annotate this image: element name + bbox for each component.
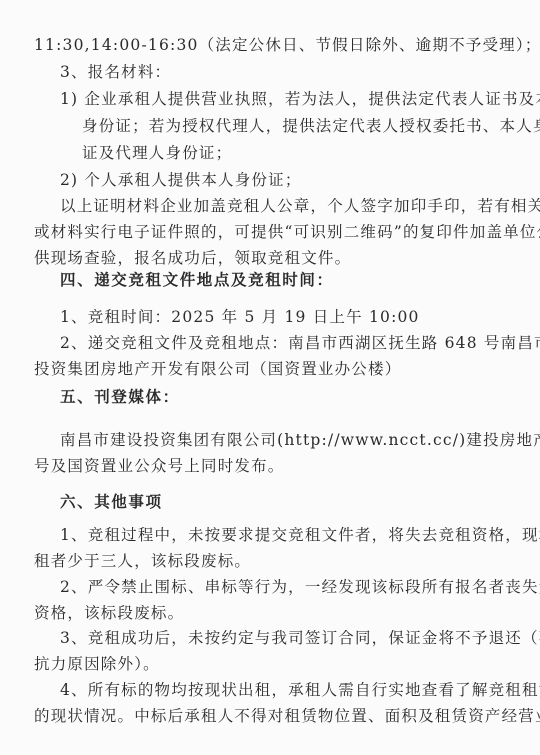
paragraph-line: 租者少于三人，该标段废标。 (34, 551, 506, 571)
list-item-continuation: 身份证；若为授权代理人，提供法定代表人授权委托书、本人身份 (82, 116, 540, 136)
paragraph-line: 1、竞租过程中，未按要求提交竞租文件者，将失去竞租资格，现场竞 (60, 525, 532, 545)
paragraph-line: 2、递交竞租文件及竞租地点：南昌市西湖区抚生路 648 号南昌市建设 (60, 333, 532, 353)
paragraph-line: 投资集团房地产开发有限公司（国资置业办公楼） (34, 359, 506, 379)
list-item: 1) 企业承租人提供营业执照，若为法人，提供法定代表人证书及本人 (60, 89, 532, 109)
list-item: 2) 个人承租人提供本人身份证； (60, 170, 532, 190)
section-heading: 六、其他事项 (60, 492, 532, 512)
list-item-continuation: 证及代理人身份证； (82, 143, 540, 163)
paragraph-line: 4、所有标的物均按现状出租，承租人需自行实地查看了解竞租租赁物 (60, 680, 532, 700)
document-page: 11:30,14:00-16:30（法定公休日、节假日除外、逾期不予受理）； 3… (0, 0, 540, 755)
paragraph-line: 的现状情况。中标后承租人不得对租赁物位置、面积及租赁资产经营业态规 (34, 706, 506, 726)
paragraph-line: 以上证明材料企业加盖竞租人公章，个人签字加印手印，若有相关证书 (60, 196, 532, 216)
paragraph-line: 南昌市建设投资集团有限公司(http://www.ncct.cc/)建投房地产公… (60, 430, 532, 450)
paragraph-line: 供现场查验，报名成功后，领取竞租文件。 (34, 248, 506, 268)
text-line: 11:30,14:00-16:30（法定公休日、节假日除外、逾期不予受理）； (34, 35, 506, 55)
paragraph-line: 号及国资置业公众号上同时发布。 (34, 456, 506, 476)
paragraph-line: 资格，该标段废标。 (34, 603, 506, 623)
paragraph-line: 或材料实行电子证件照的，可提供“可识别二维码”的复印件加盖单位公章， (34, 222, 506, 242)
section-heading: 四、递交竞租文件地点及竞租时间： (60, 270, 532, 290)
paragraph-line: 2、严令禁止围标、串标等行为，一经发现该标段所有报名者丧失竞租 (60, 577, 532, 597)
section-item-heading: 3、报名材料： (60, 62, 532, 82)
paragraph-line: 3、竞租成功后，未按约定与我司签订合同，保证金将不予退还（不可 (60, 628, 532, 648)
paragraph-line: 抗力原因除外）。 (34, 654, 506, 674)
paragraph-line: 1、竞租时间：2025 年 5 月 19 日上午 10:00 (60, 307, 532, 327)
section-heading: 五、刊登媒体： (60, 387, 532, 407)
